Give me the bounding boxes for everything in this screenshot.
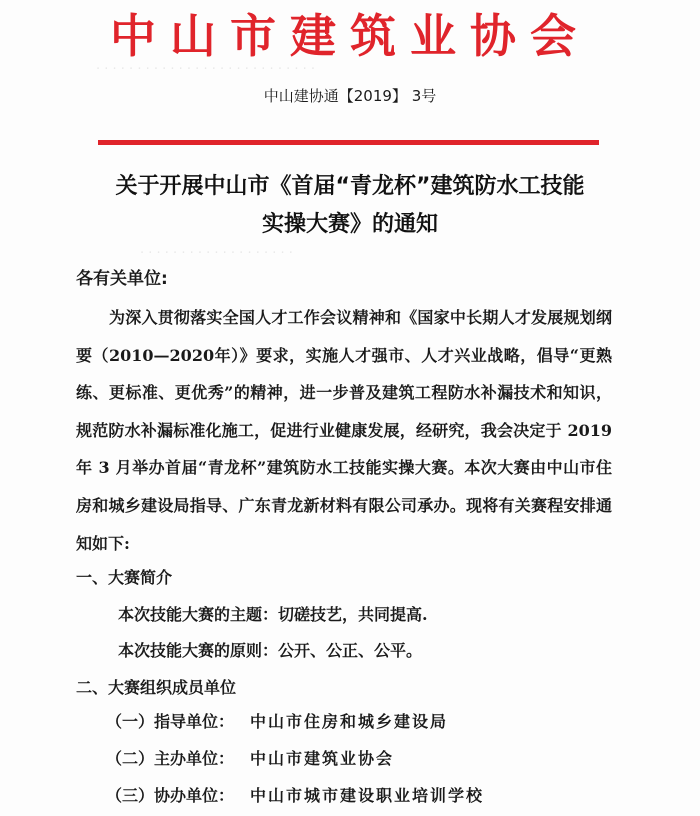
- organizer-value: 中山市住房和城乡建设局: [250, 711, 448, 733]
- document-number: 中山建协通【2019】 3号: [0, 86, 700, 106]
- competition-theme: 本次技能大赛的主题：切磋技艺，共同提高.: [118, 604, 428, 626]
- notice-title-line-1: 关于开展中山市《首届“青龙杯”建筑防水工技能: [0, 168, 700, 206]
- document-page: · · · · · · · · · · · · · · · · · · · · …: [0, 0, 700, 816]
- organizer-value: 中山市建筑业协会: [250, 748, 394, 770]
- competition-principle: 本次技能大赛的原则：公开、公正、公平。: [118, 640, 422, 662]
- organizer-row-host: （二）主办单位： 中山市建筑业协会: [106, 748, 394, 770]
- letterhead-organization: 中山市建筑业协会: [0, 8, 700, 64]
- notice-title: 关于开展中山市《首届“青龙杯”建筑防水工技能 实操大赛》的通知: [0, 168, 700, 244]
- notice-title-line-2: 实操大赛》的通知: [0, 206, 700, 244]
- bleed-through-text: · · · · · · · · · · · · · · · · · · · · …: [96, 62, 315, 77]
- section-heading-introduction: 一、大赛简介: [76, 567, 172, 589]
- organizer-value: 中山市城市建设职业培训学校: [250, 785, 484, 807]
- letterhead-red-rule: [98, 140, 599, 145]
- body-paragraph: 为深入贯彻落实全国人才工作会议精神和《国家中长期人才发展规划纲要（2010—20…: [76, 299, 612, 562]
- organizer-row-guidance: （一）指导单位： 中山市住房和城乡建设局: [106, 711, 448, 733]
- organizer-label: （三）协办单位：: [106, 785, 250, 807]
- salutation: 各有关单位:: [76, 268, 168, 290]
- organizer-label: （二）主办单位：: [106, 748, 250, 770]
- organizer-label: （一）指导单位：: [106, 711, 250, 733]
- bleed-through-text: · · · · · · · · · · · · · · · · · · ·: [140, 246, 293, 261]
- section-heading-organizers: 二、大赛组织成员单位: [76, 677, 236, 699]
- organizer-row-co-host: （三）协办单位： 中山市城市建设职业培训学校: [106, 785, 484, 807]
